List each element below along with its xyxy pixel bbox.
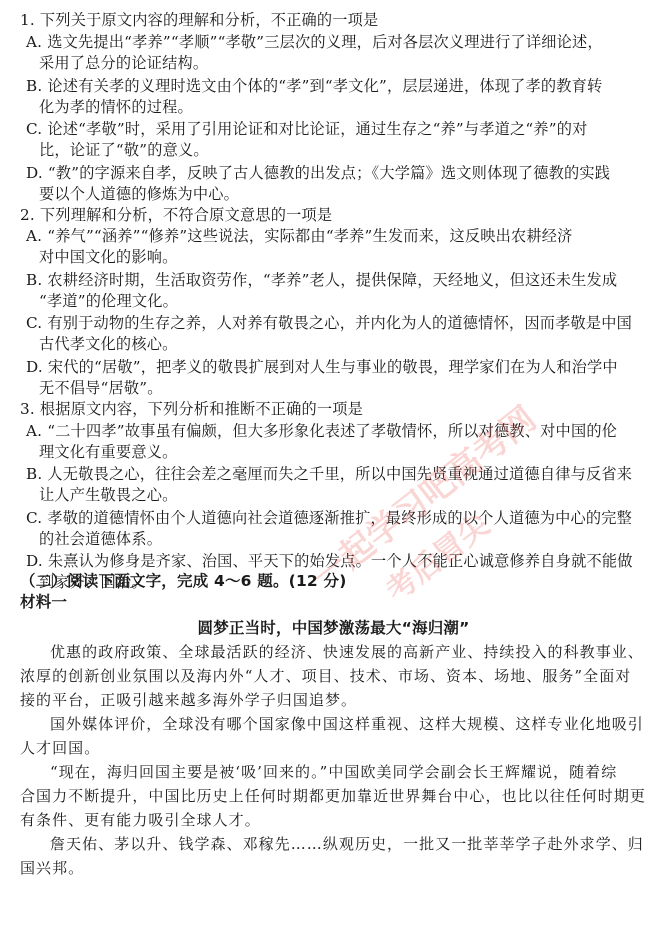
q2-option-c-cont: 古代孝文化的核心。 xyxy=(39,334,178,354)
q2-option-c: C. 有别于动物的生存之养，人对养有敬畏之心，并内化为人的道德情怀，因而孝敬是中… xyxy=(26,313,632,333)
paragraph-2-line-2: 人才回国。 xyxy=(20,738,100,758)
q3-option-c: C. 孝敬的道德情怀由个人道德向社会道德逐渐推扩，最终形成的以个人道德为中心的完… xyxy=(26,508,632,528)
q3-option-b: B. 人无敬畏之心，往往会差之毫厘而失之千里，所以中国先贤重视通过道德自律与反省… xyxy=(26,464,632,484)
paragraph-2-line-1: 国外媒体评价，全球没有哪个国家像中国这样重视、这样大规模、这样专业化地吸引 xyxy=(50,714,644,734)
exam-page: 1. 下列关于原文内容的理解和分析，不正确的一项是 A. 选文先提出“孝养”“孝… xyxy=(0,0,667,931)
paragraph-3-line-3: 有条件、更有能力吸引全球人才。 xyxy=(20,810,261,830)
q3-option-a: A. “二十四孝”故事虽有偏颇，但大多形象化表述了孝敬情怀，所以对德教、对中国的… xyxy=(26,421,617,441)
q3-option-c-cont: 的社会道德体系。 xyxy=(39,529,162,549)
q1-option-b-cont: 化为孝的情怀的过程。 xyxy=(39,97,193,117)
paragraph-4-line-2: 国兴邦。 xyxy=(20,858,84,878)
q1-option-b: B. 论述有关孝的义理时选文由个体的“孝”到“孝文化”，层层递进，体现了孝的教育… xyxy=(26,76,602,96)
q3-option-a-cont: 理文化有重要意义。 xyxy=(39,442,178,462)
q1-option-c-cont: 比，论证了“敬”的意义。 xyxy=(39,140,209,160)
q1-option-a-cont: 采用了总分的论证结构。 xyxy=(39,53,208,73)
q3-option-b-cont: 让人产生敬畏之心。 xyxy=(39,485,178,505)
q2-option-b: B. 农耕经济时期，生活取资劳作，“孝养”老人，提供保障，天经地义，但这还未生发… xyxy=(26,270,617,290)
paragraph-3-line-1: “现在，海归回国主要是被‘吸’回来的。”中国欧美同学会副会长王辉耀说，随着综 xyxy=(50,762,617,782)
q1-option-c: C. 论述“孝敬”时，采用了引用论证和对比论证，通过生存之“养”与孝道之“养”的… xyxy=(26,119,588,139)
paragraph-3-line-2: 合国力不断提升，中国比历史上任何时期都更加靠近世界舞台中心，也比以往任何时期更 xyxy=(20,786,646,806)
q1-option-a: A. 选文先提出“孝养”“孝顺”“孝敬”三层次的义理，后对各层次义理进行了详细论… xyxy=(26,32,603,52)
article-title: 圆梦正当时，中国梦激荡最大“海归潮” xyxy=(0,618,667,638)
question-2-stem: 2. 下列理解和分析，不符合原文意思的一项是 xyxy=(20,205,332,225)
q2-option-d-cont: 无不倡导“居敬”。 xyxy=(39,378,163,398)
q2-option-a-cont: 对中国文化的影响。 xyxy=(39,247,178,267)
q3-option-d: D. 朱熹认为修身是齐家、治国、平天下的始发点。一个人不能正心诚意修养自身就不能… xyxy=(26,551,633,571)
paragraph-1-line-3: 接的平台，正吸引越来越多海外学子归国追梦。 xyxy=(20,690,357,710)
q1-option-d-cont: 要以个人道德的修炼为中心。 xyxy=(39,184,239,204)
paragraph-1-line-2: 浓厚的创新创业氛围以及海内外“人才、项目、技术、市场、资本、场地、服务”全面对 xyxy=(20,666,631,686)
question-3-stem: 3. 根据原文内容，下列分析和推断不正确的一项是 xyxy=(20,399,363,419)
paragraph-4-line-1: 詹天佑、茅以升、钱学森、邓稼先……纵观历史，一批又一批莘莘学子赴外求学、归 xyxy=(50,834,644,854)
q1-option-d: D. “教”的字源来自孝，反映了古人德教的出发点；《大学篇》选文则体现了德教的实… xyxy=(26,163,610,183)
question-1-stem: 1. 下列关于原文内容的理解和分析，不正确的一项是 xyxy=(20,10,378,30)
q2-option-b-cont: “孝道”的伦理文化。 xyxy=(39,291,178,311)
paragraph-1-line-1: 优惠的政府政策、全球最活跃的经济、快速发展的高新产业、持续投入的科教事业、 xyxy=(50,642,644,662)
material-label: 材料一 xyxy=(20,592,67,612)
q2-option-a: A. “养气”“涵养”“修养”这些说法，实际都由“孝养”生发而来，这反映出农耕经… xyxy=(26,226,573,246)
q2-option-d: D. 宋代的“居敬”，把孝义的敬畏扩展到对人生与事业的敬畏，理学家们在为人和治学… xyxy=(26,357,618,377)
section-heading: （二）阅读下面文字，完成 4～6 题。(12 分) xyxy=(20,571,347,591)
